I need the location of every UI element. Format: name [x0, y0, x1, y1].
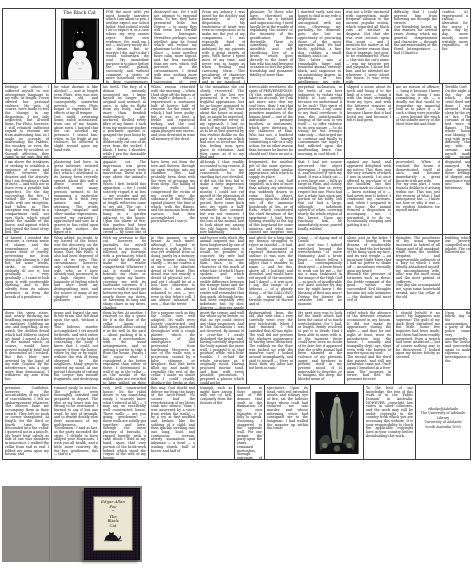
story-text-cell: perpetual inclination, in the teeth of o…	[295, 84, 344, 158]
publisher-address-cell: eBooks@AdelaideThe University of Adelaid…	[415, 385, 470, 459]
grid-row: feelings of others. I suffered myself to…	[3, 83, 470, 158]
story-text-cell: of hatred. I avoided the creature; a cer…	[3, 235, 51, 309]
cover-author-text: Edgar Allan Poe	[100, 500, 126, 509]
publisher-address-line: South Australia 5005	[418, 425, 468, 429]
story-text-cell: Although I thus readily accounted to my …	[197, 159, 246, 233]
story-text-cell: irrevocable overthrow, the spirit of PER…	[246, 84, 295, 158]
story-text-cell: distinguished from the old, and with thi…	[246, 310, 295, 384]
story-text-cell: relief which the absence of the detested…	[344, 310, 393, 384]
story-text-cell: very well constructed house.' (In the ra…	[100, 385, 148, 459]
blank-cell	[3, 9, 55, 83]
story-text-cell: I should behold it no more! My happiness…	[393, 310, 442, 384]
story-text-cell: disgusted and annoyed. By slow degrees, …	[442, 159, 473, 233]
grid-row: down the steep stairs, and, nearly throw…	[3, 309, 470, 384]
story-text-cell: insert the corpse, and wall the whole up…	[197, 310, 246, 384]
story-text-cell: gigantic cat. The impression was given w…	[100, 159, 148, 233]
story-text-cell: To the best of our knowledge, the text o…	[363, 385, 415, 459]
story-grid: The Black Cat FOR the most wild, yet mos…	[2, 8, 471, 460]
black-cat-silhouette-icon	[103, 529, 123, 542]
book-front-cover: Edgar Allan Poe ~ The Black Cat	[84, 488, 140, 560]
story-text-cell: spectators. Upon its head, with red exte…	[264, 385, 310, 459]
story-text-cell: Terrible God! On the night of the day on…	[442, 84, 473, 158]
story-text-cell: My next step was to look for the beast w…	[295, 310, 344, 384]
story-text-cell: premises. Confident, however, in the ins…	[3, 385, 51, 459]
book-cover-label: Edgar Allan Poe ~ The Black Cat	[93, 496, 133, 551]
story-text-cell: grasp and buried the axe in her brain. S…	[51, 310, 100, 384]
page: The Black Cat FOR the most wild, yet mos…	[0, 0, 474, 567]
story-text-cell: his teeth. The fury of a demon instantly…	[100, 84, 148, 158]
story-text-cell: down the steep stairs, and, nearly throw…	[3, 310, 51, 384]
story-text-cell: building which our poverty compelled us …	[442, 235, 473, 309]
story-text-cell: What added, no doubt, to my hatred of th…	[51, 235, 100, 309]
grid-row: The Black Cat FOR the most wild, yet mos…	[3, 9, 470, 83]
story-text-cell: destroyed me. Yet I will not attempt to …	[151, 9, 199, 83]
book-photo: Edgar Allan Poe ~ The Black Cat	[2, 486, 142, 562]
illustration-cell	[310, 385, 363, 459]
story-text-cell: roamed easily to and fro. The police wer…	[51, 385, 100, 459]
story-text-cell: Upon the fourth day of the assassination…	[442, 310, 473, 384]
publisher-address-line: The University of Adelaide Library	[418, 411, 468, 420]
story-text-cell: slipped a noose about its neck and hung …	[344, 84, 393, 158]
story-text-cell: I married early, and was happy to find i…	[295, 9, 343, 83]
story-text-cell: In the meantime the cat slowly recovered…	[197, 84, 246, 158]
story-text-cell: For a purpose such as this the cellar wa…	[148, 310, 197, 384]
story-text-cell: proceeded. When it reached the house it …	[393, 159, 442, 233]
story-title: The Black Cat	[63, 11, 96, 17]
black-cat-cover-art	[61, 18, 99, 80]
grid-row: of hatred. I avoided the creature; a cer…	[3, 234, 470, 309]
story-text-cell: triumph, such as might have arisen only …	[197, 385, 234, 459]
story-text-cell: damned in their agony and of the demons …	[234, 385, 264, 459]
story-text-cell: But may God shield and deliver me from t…	[148, 385, 197, 459]
story-text-cell: against my hand, and appeared delighted …	[344, 159, 393, 233]
grid-row: premises. Confident, however, in the ins…	[3, 384, 470, 459]
story-text-cell: in this manner, to my breast. At such ti…	[148, 235, 197, 309]
story-text-cell: pleasure. To those who have cherished an…	[247, 9, 295, 83]
grid-row: I am above the weakness of seeking to es…	[3, 158, 470, 233]
story-text-cell: for what disease is like Alcohol! — and …	[51, 84, 100, 158]
story-text-cell: that I had not sooner perceived the obje…	[295, 159, 344, 233]
story-text-cell: plastering had here, in great measure, r…	[51, 159, 100, 233]
story-text-cell: Crime — of Agony and of Death! And now w…	[295, 235, 344, 309]
story-text-cell: alone; and, in the latter, I started, ho…	[344, 235, 393, 309]
story-text-cell: me no reason of offence; — hung it becau…	[393, 84, 442, 158]
story-text-cell: and horror with which the animal inspire…	[197, 235, 246, 309]
story-text-cell: and which for a long time my Reason stru…	[246, 235, 295, 309]
story-text-cell: FOR the most wild, yet most homely narra…	[103, 9, 151, 83]
story-text-cell: frequented, for another pet of the same …	[246, 159, 295, 233]
story-text-cell: was not a little tinctured with supersti…	[343, 9, 391, 83]
story-text-cell: I am above the weakness of seeking to es…	[3, 159, 51, 233]
title-and-cover-cell: The Black Cat	[55, 9, 103, 83]
story-text-cell: feelings of others. I suffered myself to…	[3, 84, 51, 158]
story-text-cell: confess it) experienced a radical altera…	[439, 9, 470, 83]
cover-title-text: The Black Cat	[106, 515, 121, 529]
story-text-cell: When reason returned with the morning — …	[148, 84, 197, 158]
story-text-cell: thoughts. The moodiness of my usual temp…	[393, 235, 442, 309]
story-text-cell: From my infancy I was noted for the doci…	[199, 9, 247, 83]
story-text-cell: difficulty that I could prevent him from…	[391, 9, 439, 83]
story-text-cell: With my aversion to this cat, however, i…	[100, 235, 148, 309]
story-text-cell: have been cut from the tree and thrown, …	[148, 159, 197, 233]
walled-corpse-illustration	[315, 392, 359, 454]
photo-seam	[49, 486, 50, 562]
story-text-cell: them by fire. At another, I resolved to …	[100, 310, 148, 384]
